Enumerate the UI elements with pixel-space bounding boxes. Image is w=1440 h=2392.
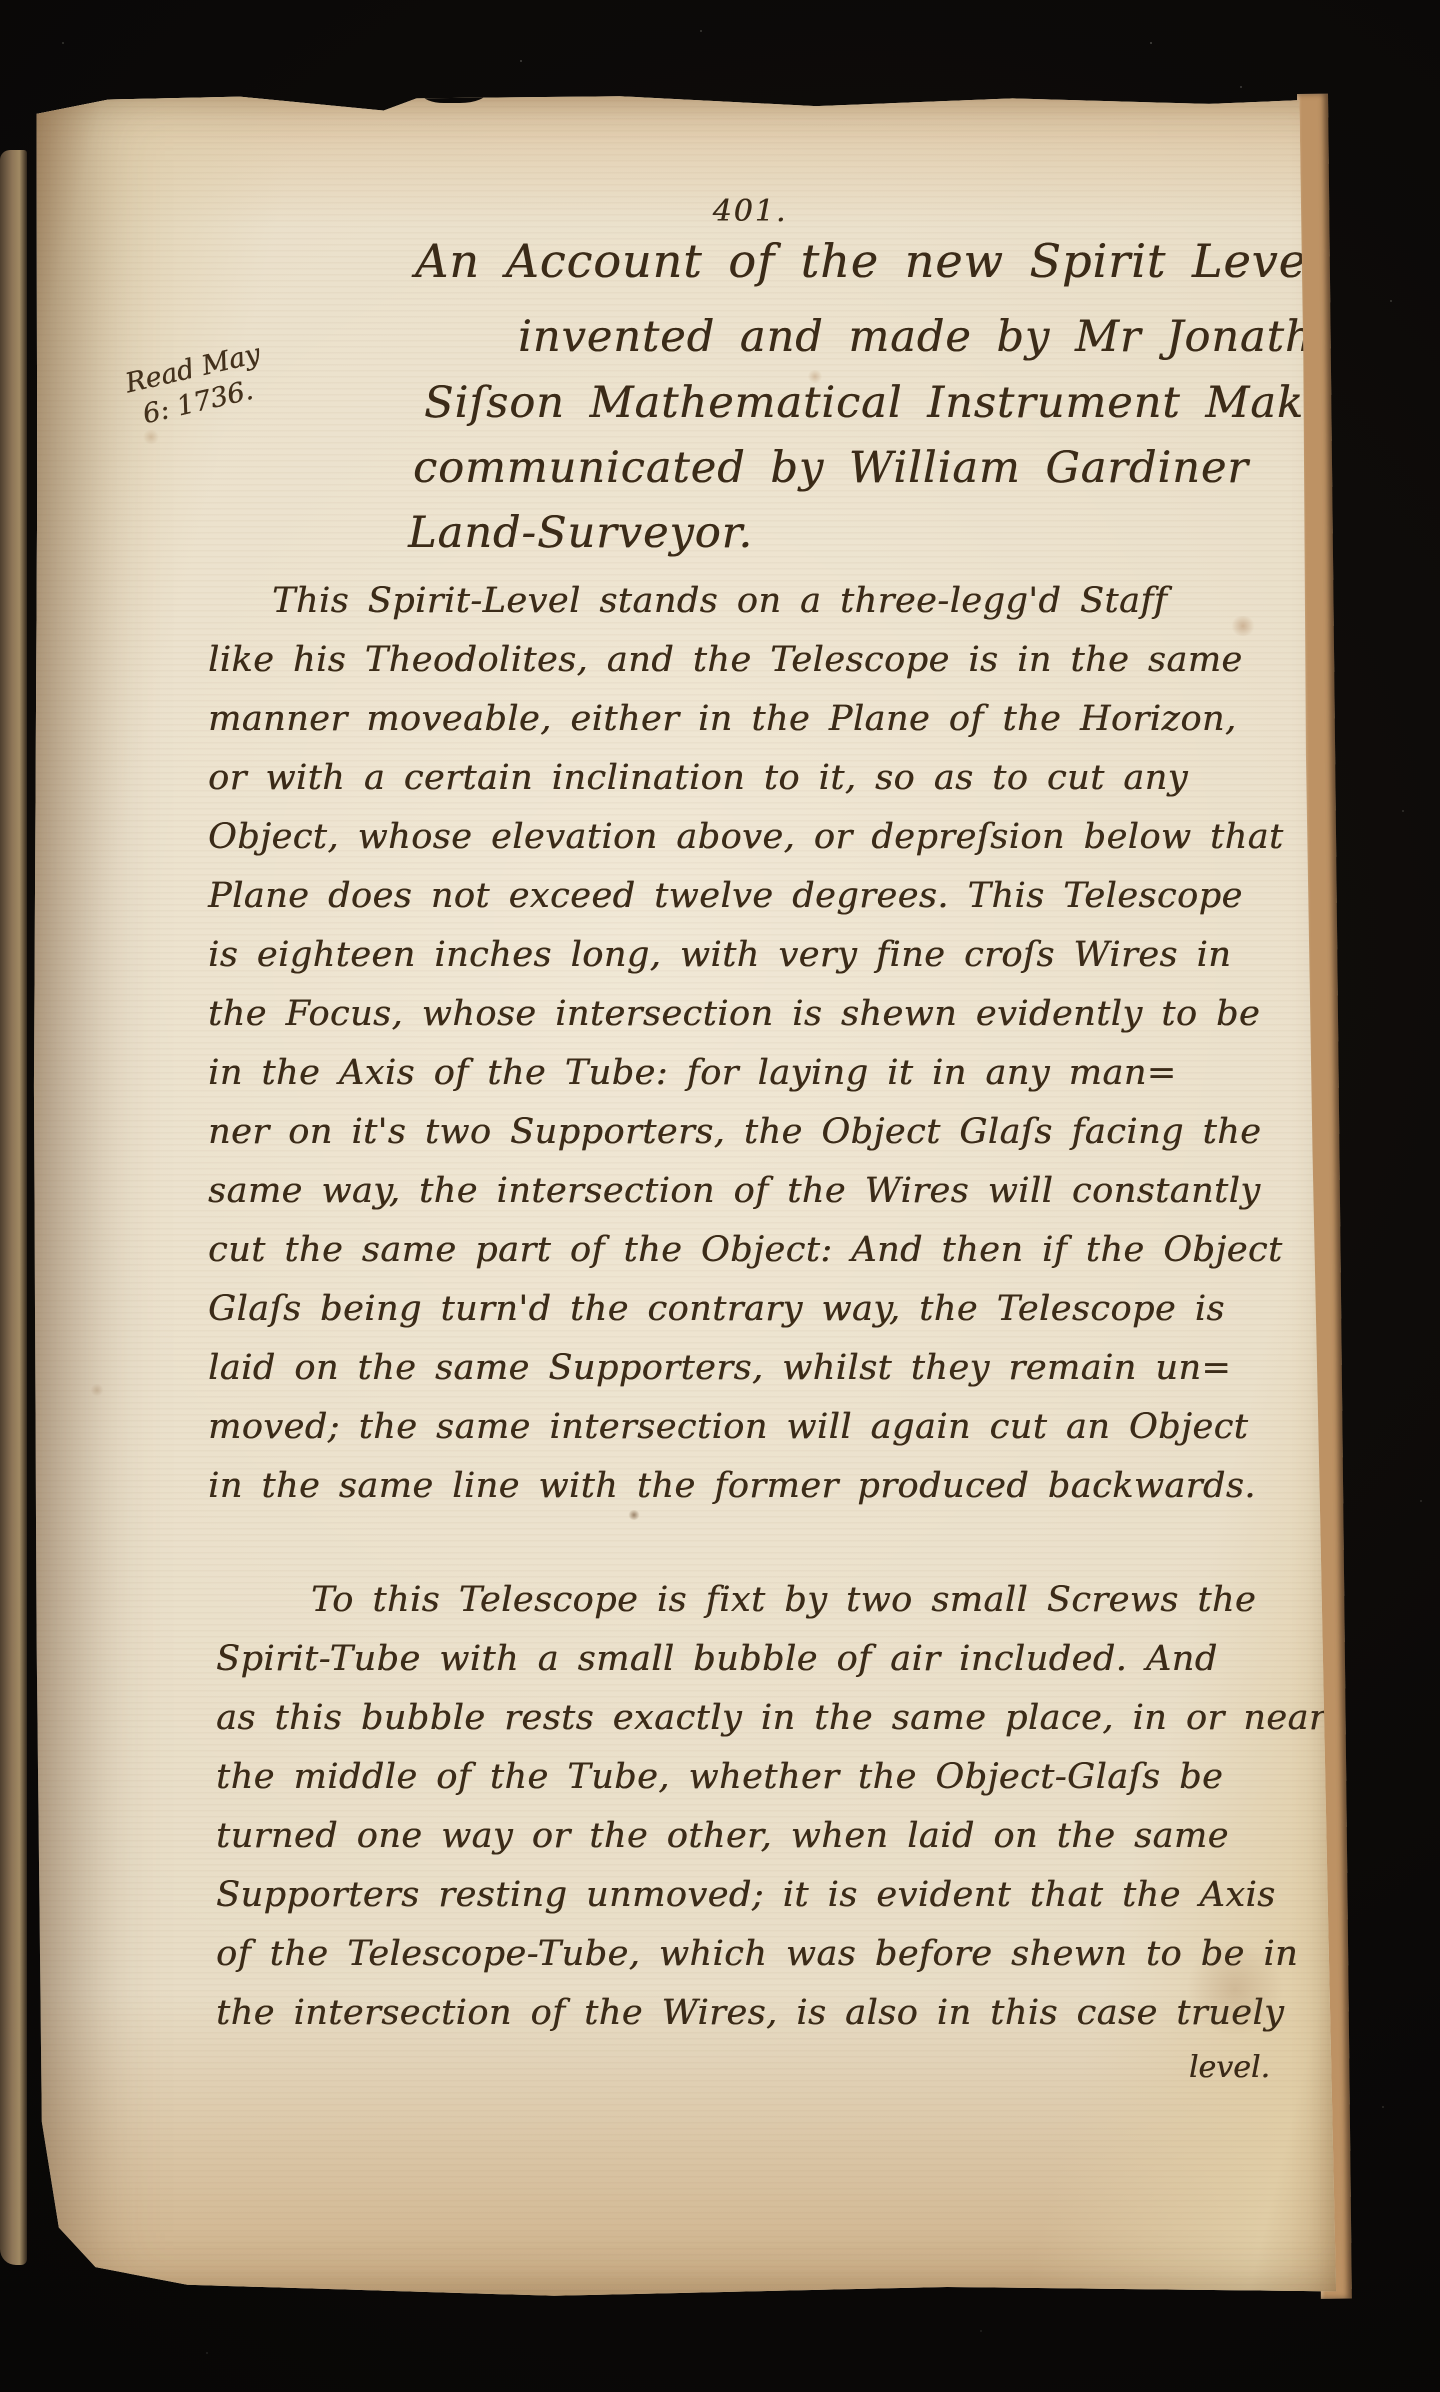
manuscript-line: the Focus, whose intersection is shewn e… [208, 985, 1284, 1044]
manuscript-line: Plane does not exceed twelve degrees. Th… [208, 867, 1284, 926]
manuscript-line: Supporters resting unmoved; it is eviden… [216, 1866, 1326, 1925]
manuscript-line: of the Telescope-Tube, which was before … [216, 1925, 1326, 1984]
manuscript-line: as this bubble rests exactly in the same… [216, 1689, 1326, 1748]
manuscript-photo: 401. Read May 6: 1736. An Account of the… [0, 0, 1440, 2392]
manuscript-line: moved; the same intersection will again … [208, 1398, 1284, 1457]
manuscript-line: To this Telescope is fixt by two small S… [311, 1571, 1326, 1630]
marginal-note: Read May 6: 1736. [122, 337, 271, 434]
manuscript-line: same way, the intersection of the Wires … [208, 1162, 1284, 1221]
heading-line: Siſson Mathematical Instrument Maker. [424, 378, 1362, 428]
page-number: 401. [670, 194, 830, 229]
manuscript-page: 401. Read May 6: 1736. An Account of the… [30, 94, 1340, 2298]
manuscript-line: cut the same part of the Object: And the… [208, 1221, 1284, 1280]
foxing-spot [90, 1384, 104, 1396]
manuscript-line: ner on it's two Supporters, the Object G… [208, 1103, 1284, 1162]
heading-line: invented and made by Mr Jonathan [518, 312, 1369, 362]
heading-line: communicated by William Gardiner [413, 443, 1249, 493]
manuscript-line: in the Axis of the Tube: for laying it i… [208, 1044, 1284, 1103]
manuscript-line: laid on the same Supporters, whilst they… [208, 1339, 1284, 1398]
manuscript-line: the middle of the Tube, whether the Obje… [216, 1748, 1326, 1807]
manuscript-line: in the same line with the former produce… [208, 1457, 1284, 1516]
manuscript-line: manner moveable, either in the Plane of … [208, 690, 1284, 749]
manuscript-line: Spirit-Tube with a small bubble of air i… [216, 1630, 1326, 1689]
manuscript-line: the intersection of the Wires, is also i… [216, 1984, 1326, 2043]
page-edge-nick [422, 91, 488, 103]
manuscript-line: turned one way or the other, when laid o… [216, 1807, 1326, 1866]
adjacent-page-edge [0, 150, 27, 2265]
manuscript-line: like his Theodolites, and the Telescope … [208, 631, 1284, 690]
manuscript-line: or with a certain inclination to it, so … [208, 749, 1284, 808]
manuscript-line: Object, whose elevation above, or depreſ… [208, 808, 1284, 867]
manuscript-line: Glaſs being turn'd the contrary way, the… [208, 1280, 1284, 1339]
dust-specks [0, 0, 2, 2]
catchword: level. [1090, 2050, 1270, 2085]
paragraph: This Spirit-Level stands on a three-legg… [208, 572, 1284, 1516]
heading-line: An Account of the new Spirit Level [415, 234, 1323, 288]
manuscript-line: This Spirit-Level stands on a three-legg… [272, 572, 1284, 631]
heading-line: Land-Surveyor. [408, 508, 753, 558]
manuscript-line: is eighteen inches long, with very fine … [208, 926, 1284, 985]
paragraph: To this Telescope is fixt by two small S… [216, 1571, 1326, 2043]
